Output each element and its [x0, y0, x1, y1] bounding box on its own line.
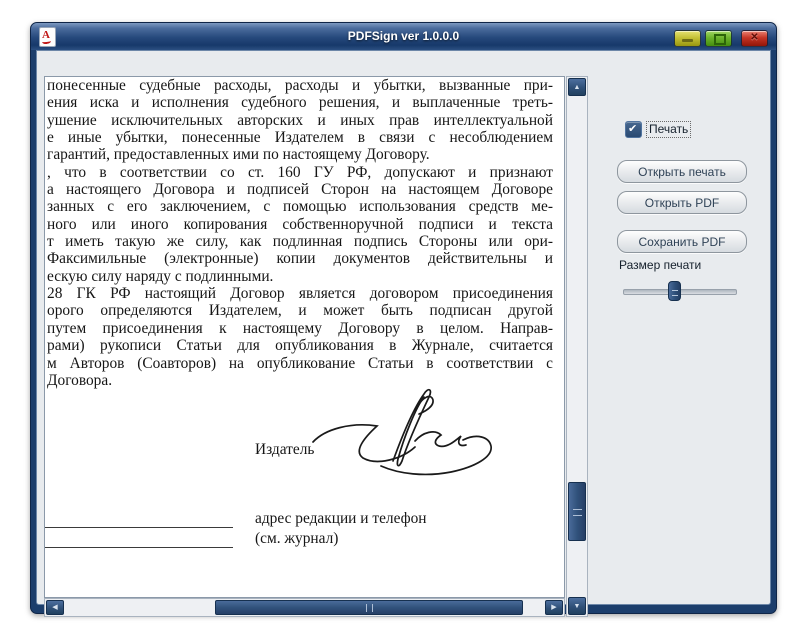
document-line: ескую силу наряду с подлинными.: [47, 268, 553, 285]
triangle-down-icon: ▼: [574, 603, 581, 610]
print-checkbox-row[interactable]: ✔ Печать: [625, 121, 691, 138]
document-line: ушение исключительных авторских и иных п…: [47, 112, 553, 129]
triangle-right-icon: ▶: [551, 604, 556, 611]
document-line: ения иска и исполнения судебного решения…: [47, 94, 553, 111]
scroll-down-button[interactable]: ▼: [568, 597, 586, 615]
document-line: понесенные судебные расходы, расходы и у…: [47, 77, 553, 94]
vertical-scrollbar[interactable]: ▲ ▼: [566, 76, 588, 617]
window-content: понесенные судебные расходы, расходы и у…: [36, 50, 771, 605]
pdfsign-window: PDFSign ver 1.0.0.0 ✕ понесенные судебны…: [30, 22, 777, 614]
triangle-up-icon: ▲: [574, 84, 581, 91]
document-line: е иные убытки, понесенные Издателем в св…: [47, 129, 553, 146]
address-text: адрес редакции и телефон: [255, 510, 427, 528]
pdf-page[interactable]: понесенные судебные расходы, расходы и у…: [44, 76, 565, 598]
close-button[interactable]: ✕: [741, 30, 768, 47]
document-line: занных с его заключением, с помощью испо…: [47, 198, 553, 215]
minimize-icon: [682, 39, 693, 42]
signature-blank-line: [45, 547, 233, 548]
scroll-right-button[interactable]: ▶: [545, 600, 563, 615]
scroll-left-button[interactable]: ◀: [46, 600, 64, 615]
signature-blank-line: [45, 527, 233, 528]
minimize-button[interactable]: [674, 30, 701, 47]
slider-thumb[interactable]: [668, 281, 681, 301]
check-icon: ✔: [628, 122, 637, 137]
window-controls: ✕: [674, 30, 768, 47]
stamp-size-label: Размер печати: [619, 258, 701, 272]
document-line: путем присоединения к настоящему Договор…: [47, 320, 553, 337]
triangle-left-icon: ◀: [52, 604, 57, 611]
document-line: м Авторов (Соавторов) на опубликование С…: [47, 355, 553, 372]
document-line: рами) рукописи Статьи для опубликования …: [47, 337, 553, 354]
document-line: а настоящего Договора и подписей Сторон …: [47, 181, 553, 198]
document-line: ного или иного копирования собственноруч…: [47, 216, 553, 233]
maximize-button[interactable]: [705, 30, 732, 47]
stamp-size-slider[interactable]: [623, 279, 735, 303]
close-icon: ✕: [742, 32, 767, 43]
document-line: т иметь такую же силу, как подлинная под…: [47, 233, 553, 250]
grip-icon: [573, 509, 582, 516]
print-checkbox[interactable]: ✔: [625, 121, 642, 138]
open-stamp-button[interactable]: Открыть печать: [617, 160, 747, 183]
maximize-icon: [714, 34, 726, 45]
document-line: гарантий, предоставленных ими по настоящ…: [47, 146, 553, 163]
publisher-label: Издатель: [255, 441, 314, 459]
grip-icon: [366, 604, 373, 612]
document-line: Факсимильные (электронные) копии докумен…: [47, 250, 553, 267]
horizontal-scrollbar[interactable]: ◀ ▶: [44, 598, 565, 617]
horizontal-scroll-thumb[interactable]: [215, 600, 523, 615]
signature-image: [307, 385, 517, 485]
scroll-up-button[interactable]: ▲: [568, 78, 586, 96]
document-line: , что в соответствии со ст. 160 ГУ РФ, д…: [47, 164, 553, 181]
window-title: PDFSign ver 1.0.0.0: [31, 29, 776, 43]
print-checkbox-label: Печать: [646, 121, 691, 138]
vertical-scroll-thumb[interactable]: [568, 482, 586, 541]
document-line: орого определяются Издателем, и может бы…: [47, 302, 553, 319]
document-line: 28 ГК РФ настоящий Договор является дого…: [47, 285, 553, 302]
screen: PDFSign ver 1.0.0.0 ✕ понесенные судебны…: [0, 0, 806, 630]
titlebar[interactable]: PDFSign ver 1.0.0.0 ✕: [31, 23, 776, 50]
open-pdf-button[interactable]: Открыть PDF: [617, 191, 747, 214]
save-pdf-button[interactable]: Сохранить PDF: [617, 230, 747, 253]
address-text: (см. журнал): [255, 530, 338, 548]
document-text: понесенные судебные расходы, расходы и у…: [47, 77, 553, 389]
